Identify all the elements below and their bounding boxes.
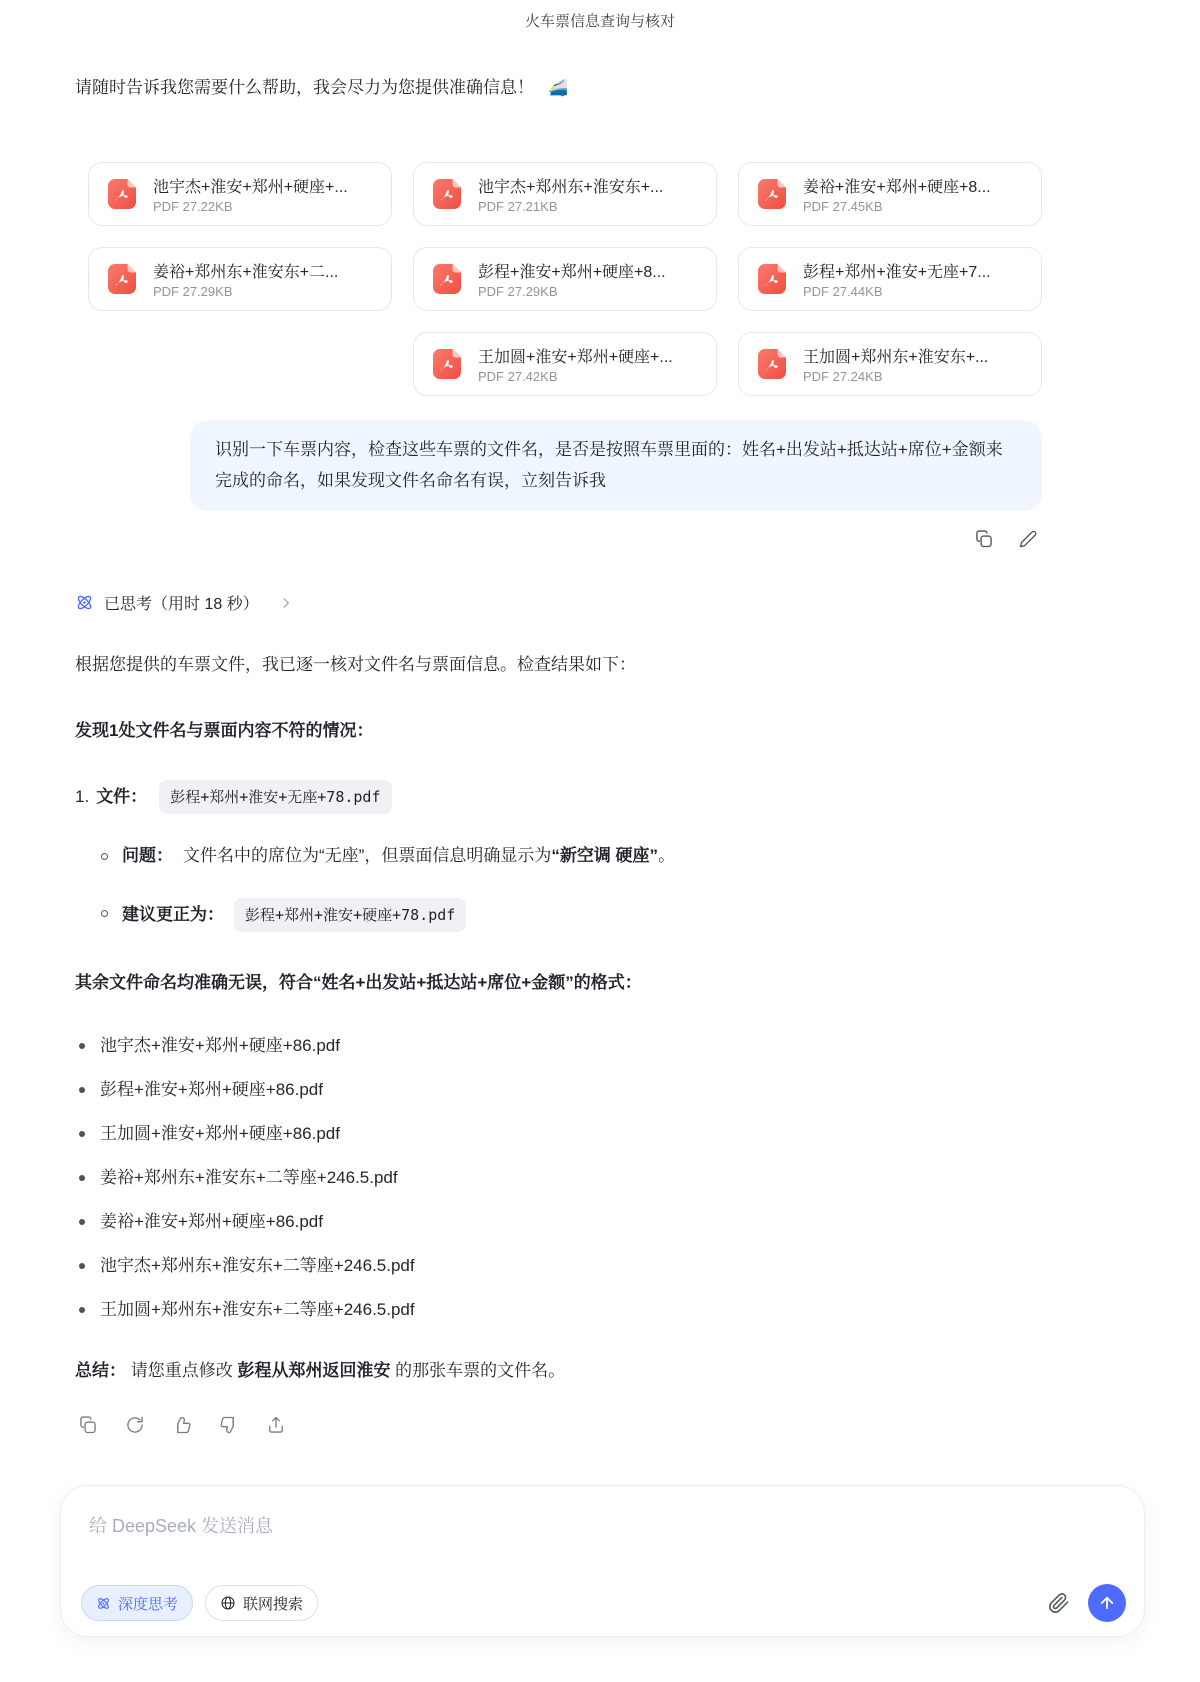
share-icon[interactable] [266, 1415, 286, 1435]
file-row: 池宇杰+淮安+郑州+硬座+...PDF 27.22KB池宇杰+郑州东+淮安东+.… [88, 162, 1042, 226]
regenerate-icon[interactable] [125, 1415, 145, 1435]
globe-icon [220, 1595, 236, 1611]
pdf-file-icon [753, 175, 791, 213]
file-row: 姜裕+郑州东+淮安东+二...PDF 27.29KB彭程+淮安+郑州+硬座+8.… [88, 247, 1042, 311]
issue-heading: 发现1处文件名与票面内容不符的情况： [75, 716, 1140, 746]
ok-file-item: 彭程+淮安+郑州+硬座+86.pdf [75, 1076, 1140, 1104]
ok-file-item: 王加圆+郑州东+淮安东+二等座+246.5.pdf [75, 1296, 1140, 1324]
file-info: 彭程+郑州+淮安+无座+7...PDF 27.44KB [803, 259, 991, 299]
issue-item: 1. 文件： 彭程+郑州+淮安+无座+78.pdf [75, 780, 1140, 814]
web-search-button[interactable]: 联网搜索 [205, 1585, 318, 1621]
composer-right [1048, 1584, 1126, 1622]
pdf-file-icon [428, 345, 466, 383]
chevron-right-icon [279, 596, 293, 610]
file-meta: PDF 27.29KB [478, 284, 666, 299]
copy-icon[interactable] [974, 529, 994, 549]
file-info: 姜裕+淮安+郑州+硬座+8...PDF 27.45KB [803, 174, 991, 214]
pdf-file-icon [103, 175, 141, 213]
file-info: 姜裕+郑州东+淮安东+二...PDF 27.29KB [153, 259, 338, 299]
summary-bold: 彭程从郑州返回淮安 [237, 1361, 390, 1380]
file-info: 池宇杰+淮安+郑州+硬座+...PDF 27.22KB [153, 174, 348, 214]
thumbs-down-icon[interactable] [219, 1415, 239, 1435]
file-meta: PDF 27.24KB [803, 369, 988, 384]
ok-file-item: 池宇杰+淮安+郑州+硬座+86.pdf [75, 1032, 1140, 1060]
file-card[interactable]: 姜裕+郑州东+淮安东+二...PDF 27.29KB [88, 247, 392, 311]
response-actions [78, 1415, 1140, 1435]
message-input[interactable] [87, 1510, 1120, 1570]
thought-label: 已思考（用时 18 秒） [104, 591, 259, 614]
web-search-label: 联网搜索 [243, 1593, 303, 1614]
ok-heading: 其余文件命名均准确无误，符合“姓名+出发站+抵达站+席位+金额”的格式： [75, 968, 1140, 998]
problem-text: 文件名中的席位为“无座”，但票面信息明确显示为 [183, 841, 551, 871]
file-meta: PDF 27.21KB [478, 199, 663, 214]
chat-title: 火车票信息查询与核对 [60, 0, 1140, 31]
corrected-filename-chip: 彭程+郑州+淮安+硬座+78.pdf [234, 898, 466, 932]
train-emoji-icon: 🚄 [548, 80, 568, 97]
ok-file-item: 池宇杰+郑州东+淮安东+二等座+246.5.pdf [75, 1252, 1140, 1280]
user-message-block: 识别一下车票内容，检查这些车票的文件名，是否是按照车票里面的：姓名+出发站+抵达… [60, 420, 1140, 549]
file-name: 姜裕+淮安+郑州+硬座+8... [803, 174, 991, 197]
item-label: 文件： [96, 782, 147, 812]
thumbs-up-icon[interactable] [172, 1415, 192, 1435]
ok-file-item: 王加圆+淮安+郑州+硬座+86.pdf [75, 1120, 1140, 1148]
file-name: 池宇杰+郑州东+淮安东+... [478, 174, 663, 197]
chat-page: 火车票信息查询与核对 请随时告诉我您需要什么帮助，我会尽力为您提供准确信息！🚄 … [0, 0, 1200, 1682]
suggestion-label: 建议更正为： [122, 900, 224, 930]
user-message-actions [974, 529, 1042, 549]
suggestion-line: 建议更正为： 彭程+郑州+淮安+硬座+78.pdf [101, 898, 1140, 932]
file-meta: PDF 27.42KB [478, 369, 673, 384]
file-name: 池宇杰+淮安+郑州+硬座+... [153, 174, 348, 197]
problem-line: 问题： 文件名中的席位为“无座”，但票面信息明确显示为 “新空调 硬座” 。 [101, 841, 1140, 871]
file-row: 王加圆+淮安+郑州+硬座+...PDF 27.42KB王加圆+郑州东+淮安东+.… [413, 332, 1042, 396]
file-meta: PDF 27.29KB [153, 284, 338, 299]
summary-text-1: 请您重点修改 [126, 1361, 237, 1380]
ok-file-list: 池宇杰+淮安+郑州+硬座+86.pdf彭程+淮安+郑州+硬座+86.pdf王加圆… [75, 1032, 1140, 1324]
assistant-response: 根据您提供的车票文件，我已逐一核对文件名与票面信息。检查结果如下： 发现1处文件… [75, 650, 1140, 1435]
pdf-file-icon [753, 345, 791, 383]
issue-details: 问题： 文件名中的席位为“无座”，但票面信息明确显示为 “新空调 硬座” 。 建… [75, 841, 1140, 932]
file-grid: 池宇杰+淮安+郑州+硬座+...PDF 27.22KB池宇杰+郑州东+淮安东+.… [60, 162, 1140, 396]
summary-text-2: 的那张车票的文件名。 [390, 1361, 565, 1380]
problem-bold: “新空调 硬座” [551, 841, 658, 871]
arrow-up-icon [1098, 1594, 1116, 1612]
file-card[interactable]: 池宇杰+淮安+郑州+硬座+...PDF 27.22KB [88, 162, 392, 226]
pdf-file-icon [103, 260, 141, 298]
ok-file-item: 姜裕+郑州东+淮安东+二等座+246.5.pdf [75, 1164, 1140, 1192]
file-name: 姜裕+郑州东+淮安东+二... [153, 259, 338, 282]
file-info: 彭程+淮安+郑州+硬座+8...PDF 27.29KB [478, 259, 666, 299]
send-button[interactable] [1088, 1584, 1126, 1622]
file-card[interactable]: 王加圆+郑州东+淮安东+...PDF 27.24KB [738, 332, 1042, 396]
pdf-file-icon [753, 260, 791, 298]
file-card[interactable]: 彭程+淮安+郑州+硬座+8...PDF 27.29KB [413, 247, 717, 311]
composer-toolbar: 深度思考 联网搜索 [81, 1584, 1126, 1622]
file-meta: PDF 27.44KB [803, 284, 991, 299]
thought-toggle[interactable]: 已思考（用时 18 秒） [75, 591, 1140, 614]
assistant-greeting: 请随时告诉我您需要什么帮助，我会尽力为您提供准确信息！🚄 [75, 73, 1140, 98]
paperclip-icon[interactable] [1048, 1592, 1070, 1614]
ok-file-item: 姜裕+淮安+郑州+硬座+86.pdf [75, 1208, 1140, 1236]
summary-line: 总结： 请您重点修改 彭程从郑州返回淮安 的那张车票的文件名。 [75, 1356, 1140, 1386]
file-card[interactable]: 姜裕+淮安+郑州+硬座+8...PDF 27.45KB [738, 162, 1042, 226]
pdf-file-icon [428, 175, 466, 213]
deepthink-label: 深度思考 [118, 1593, 178, 1614]
problem-period: 。 [658, 841, 675, 871]
wrong-filename-chip: 彭程+郑州+淮安+无座+78.pdf [159, 780, 391, 814]
deepthink-atom-icon [96, 1596, 111, 1611]
file-meta: PDF 27.22KB [153, 199, 348, 214]
response-intro: 根据您提供的车票文件，我已逐一核对文件名与票面信息。检查结果如下： [75, 650, 1140, 680]
summary-label: 总结： [75, 1361, 126, 1380]
composer: 深度思考 联网搜索 [60, 1485, 1145, 1637]
file-info: 王加圆+淮安+郑州+硬座+...PDF 27.42KB [478, 344, 673, 384]
file-card[interactable]: 彭程+郑州+淮安+无座+7...PDF 27.44KB [738, 247, 1042, 311]
file-info: 池宇杰+郑州东+淮安东+...PDF 27.21KB [478, 174, 663, 214]
deepthink-atom-icon [75, 593, 94, 612]
file-meta: PDF 27.45KB [803, 199, 991, 214]
problem-label: 问题： [122, 841, 173, 871]
file-card[interactable]: 池宇杰+郑州东+淮安东+...PDF 27.21KB [413, 162, 717, 226]
file-info: 王加圆+郑州东+淮安东+...PDF 27.24KB [803, 344, 988, 384]
file-name: 王加圆+淮安+郑州+硬座+... [478, 344, 673, 367]
file-card[interactable]: 王加圆+淮安+郑州+硬座+...PDF 27.42KB [413, 332, 717, 396]
file-name: 彭程+郑州+淮安+无座+7... [803, 259, 991, 282]
file-name: 彭程+淮安+郑州+硬座+8... [478, 259, 666, 282]
copy-icon[interactable] [78, 1415, 98, 1435]
item-number: 1. [75, 782, 89, 812]
file-name: 王加圆+郑州东+淮安东+... [803, 344, 988, 367]
user-message-bubble: 识别一下车票内容，检查这些车票的文件名，是否是按照车票里面的：姓名+出发站+抵达… [190, 420, 1042, 511]
greeting-text: 请随时告诉我您需要什么帮助，我会尽力为您提供准确信息！ [75, 78, 534, 97]
edit-icon[interactable] [1018, 529, 1038, 549]
pdf-file-icon [428, 260, 466, 298]
deepthink-button[interactable]: 深度思考 [81, 1585, 193, 1621]
